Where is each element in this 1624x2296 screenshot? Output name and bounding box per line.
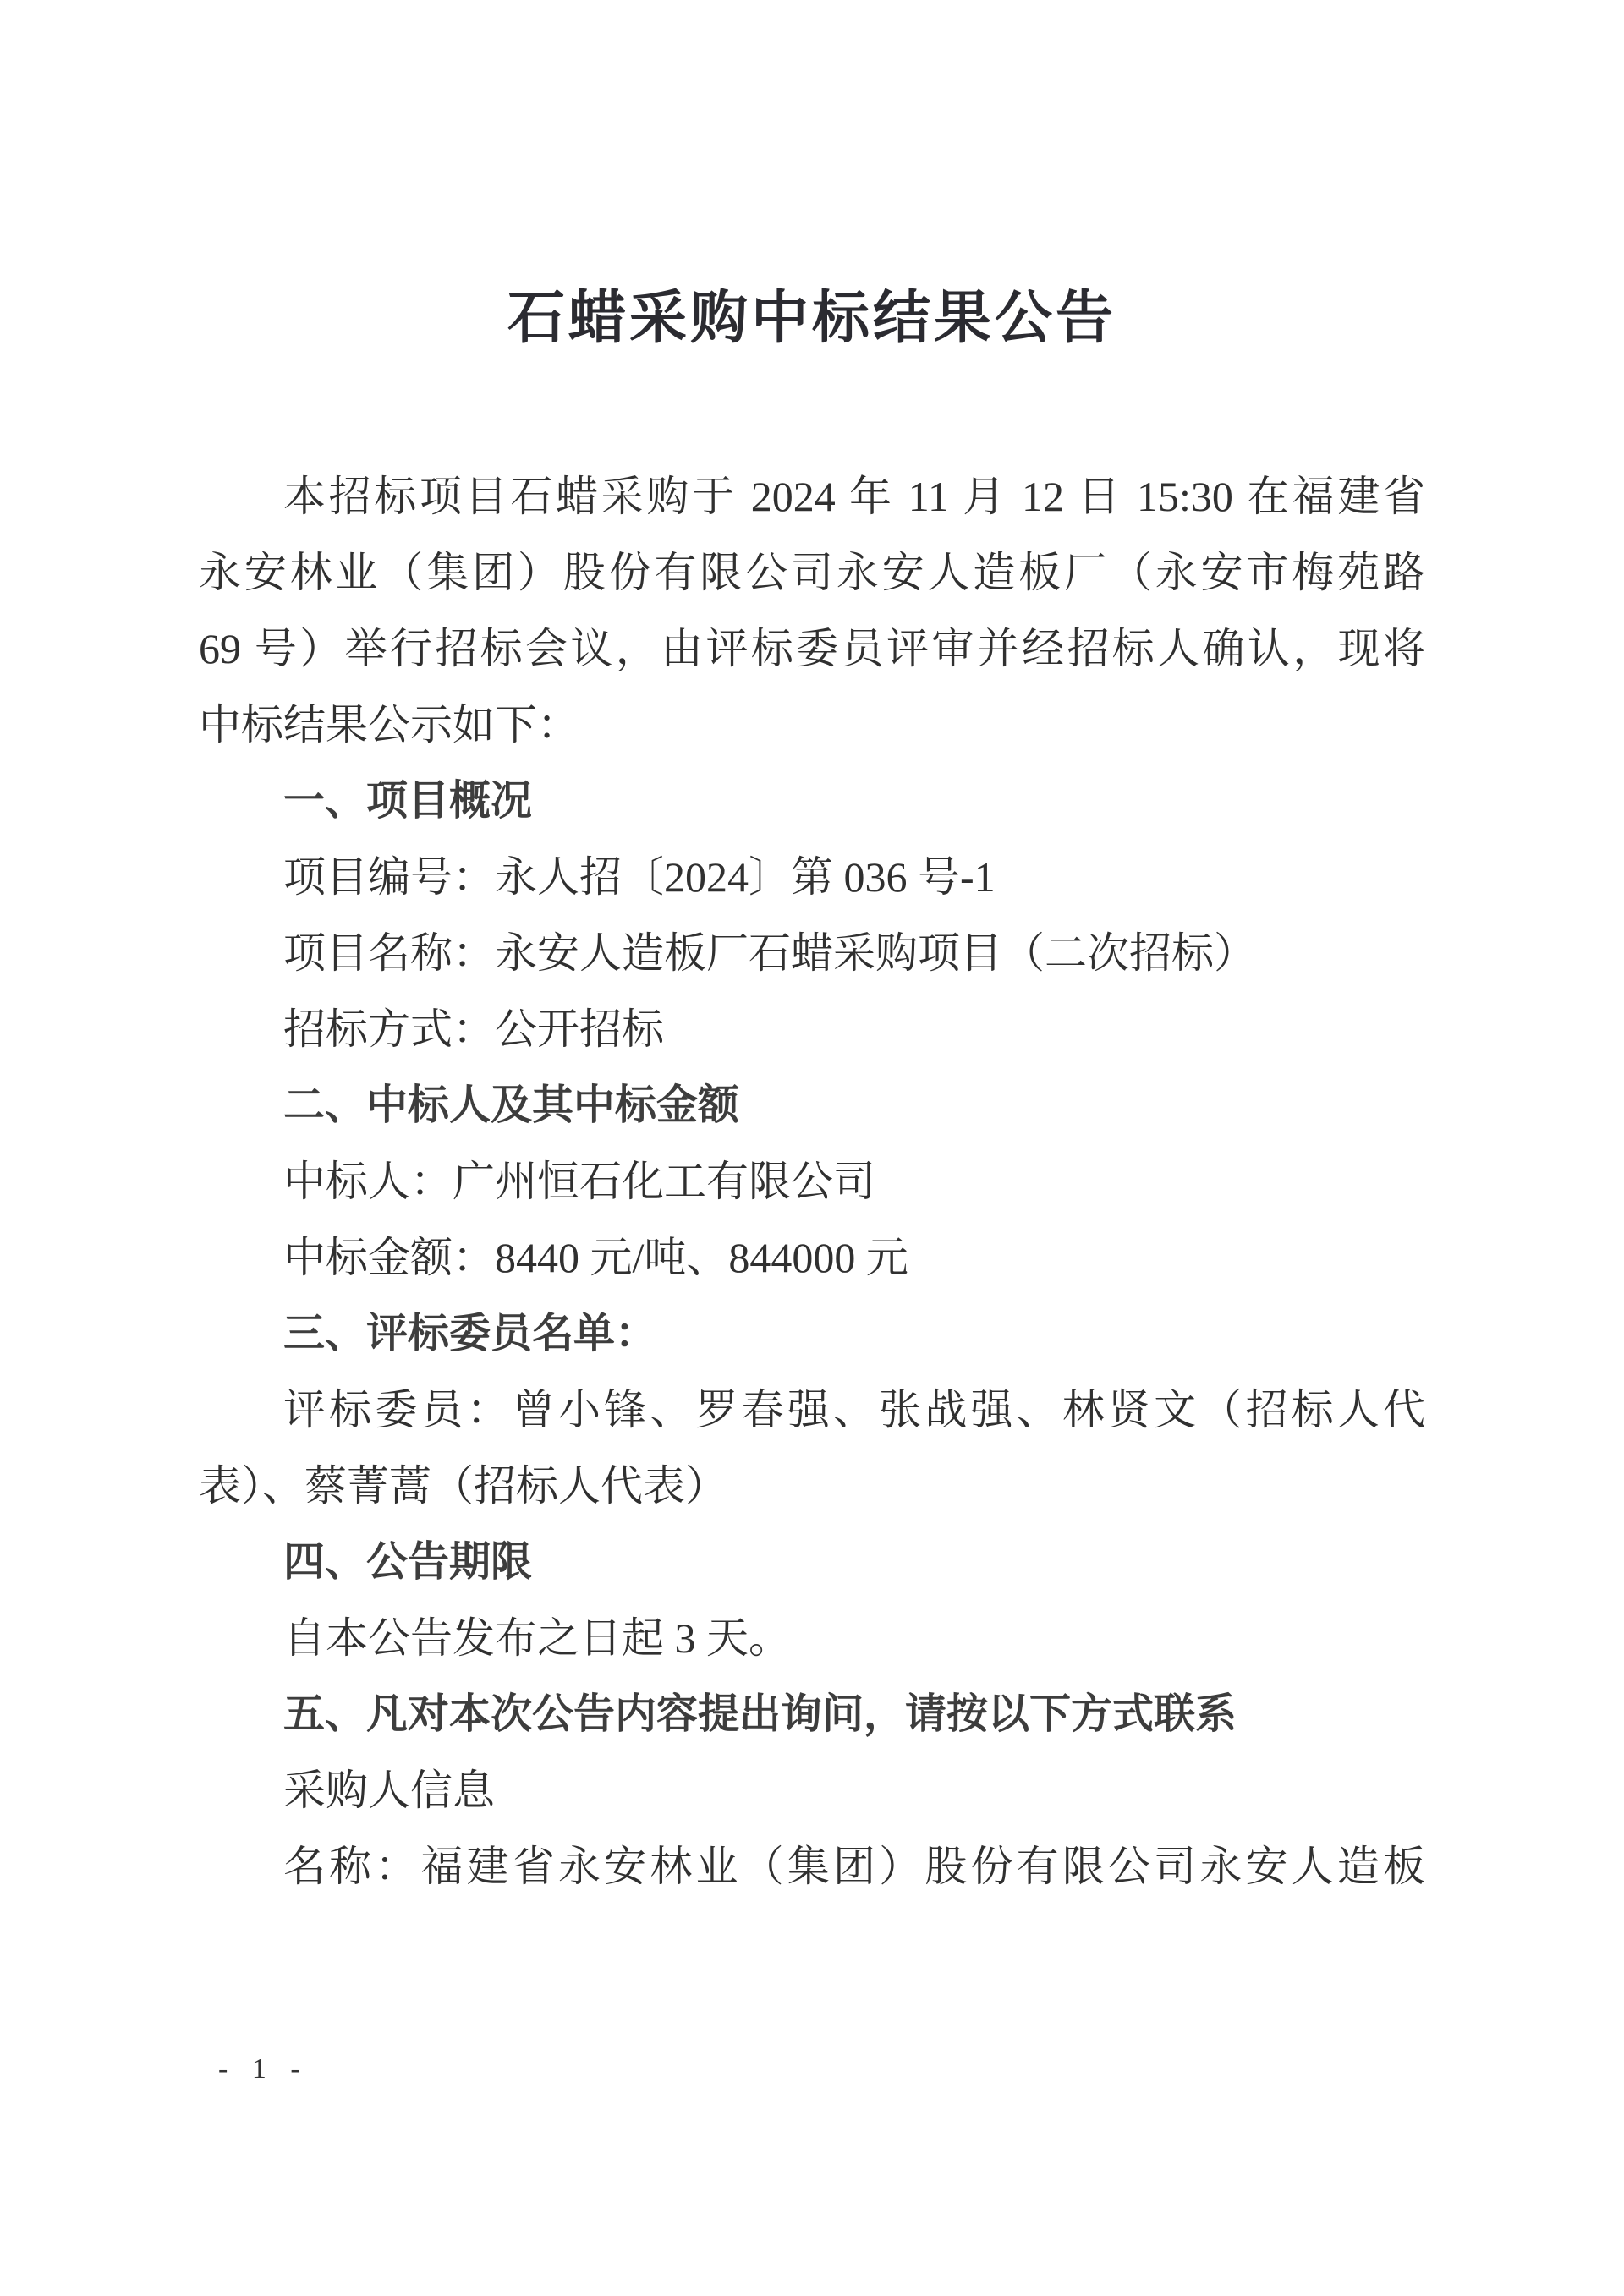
document-line: 本招标项目石蜡采购于 2024 年 11 月 12 日 15:30 在福建省 bbox=[199, 458, 1425, 534]
document-body: 本招标项目石蜡采购于 2024 年 11 月 12 日 15:30 在福建省永安… bbox=[199, 458, 1425, 1904]
document-line: 中标金额：8440 元/吨、844000 元 bbox=[199, 1219, 1425, 1296]
document-line: 招标方式：公开招标 bbox=[199, 991, 1425, 1067]
page-number: - 1 - bbox=[218, 2053, 309, 2085]
section-heading: 四、公告期限 bbox=[199, 1524, 1425, 1600]
section-heading: 五、凡对本次公告内容提出询问，请按以下方式联系 bbox=[199, 1676, 1425, 1752]
document-line: 自本公告发布之日起 3 天。 bbox=[199, 1600, 1425, 1676]
document-line: 中标结果公示如下： bbox=[199, 687, 1425, 763]
document-line: 69 号）举行招标会议，由评标委员评审并经招标人确认，现将 bbox=[199, 611, 1425, 687]
document-line: 名称：福建省永安林业（集团）股份有限公司永安人造板 bbox=[199, 1828, 1425, 1904]
section-heading: 三、评标委员名单： bbox=[199, 1296, 1425, 1372]
section-heading: 二、中标人及其中标金额 bbox=[199, 1067, 1425, 1143]
page-title: 石蜡采购中标结果公告 bbox=[0, 284, 1624, 353]
document-line: 永安林业（集团）股份有限公司永安人造板厂（永安市梅苑路 bbox=[199, 534, 1425, 611]
document-line: 项目名称：永安人造板厂石蜡采购项目（二次招标） bbox=[199, 915, 1425, 991]
document-line: 评标委员：曾小锋、罗春强、张战强、林贤文（招标人代 bbox=[199, 1372, 1425, 1448]
section-heading: 一、项目概况 bbox=[199, 763, 1425, 839]
page-footer: - 1 - bbox=[218, 2053, 309, 2085]
document-line: 采购人信息 bbox=[199, 1752, 1425, 1828]
document-line: 中标人：广州恒石化工有限公司 bbox=[199, 1143, 1425, 1219]
document-page: 石蜡采购中标结果公告 本招标项目石蜡采购于 2024 年 11 月 12 日 1… bbox=[0, 0, 1624, 2296]
document-line: 表）、蔡菁蒿（招标人代表） bbox=[199, 1448, 1425, 1524]
document-line: 项目编号：永人招〔2024〕第 036 号-1 bbox=[199, 839, 1425, 915]
